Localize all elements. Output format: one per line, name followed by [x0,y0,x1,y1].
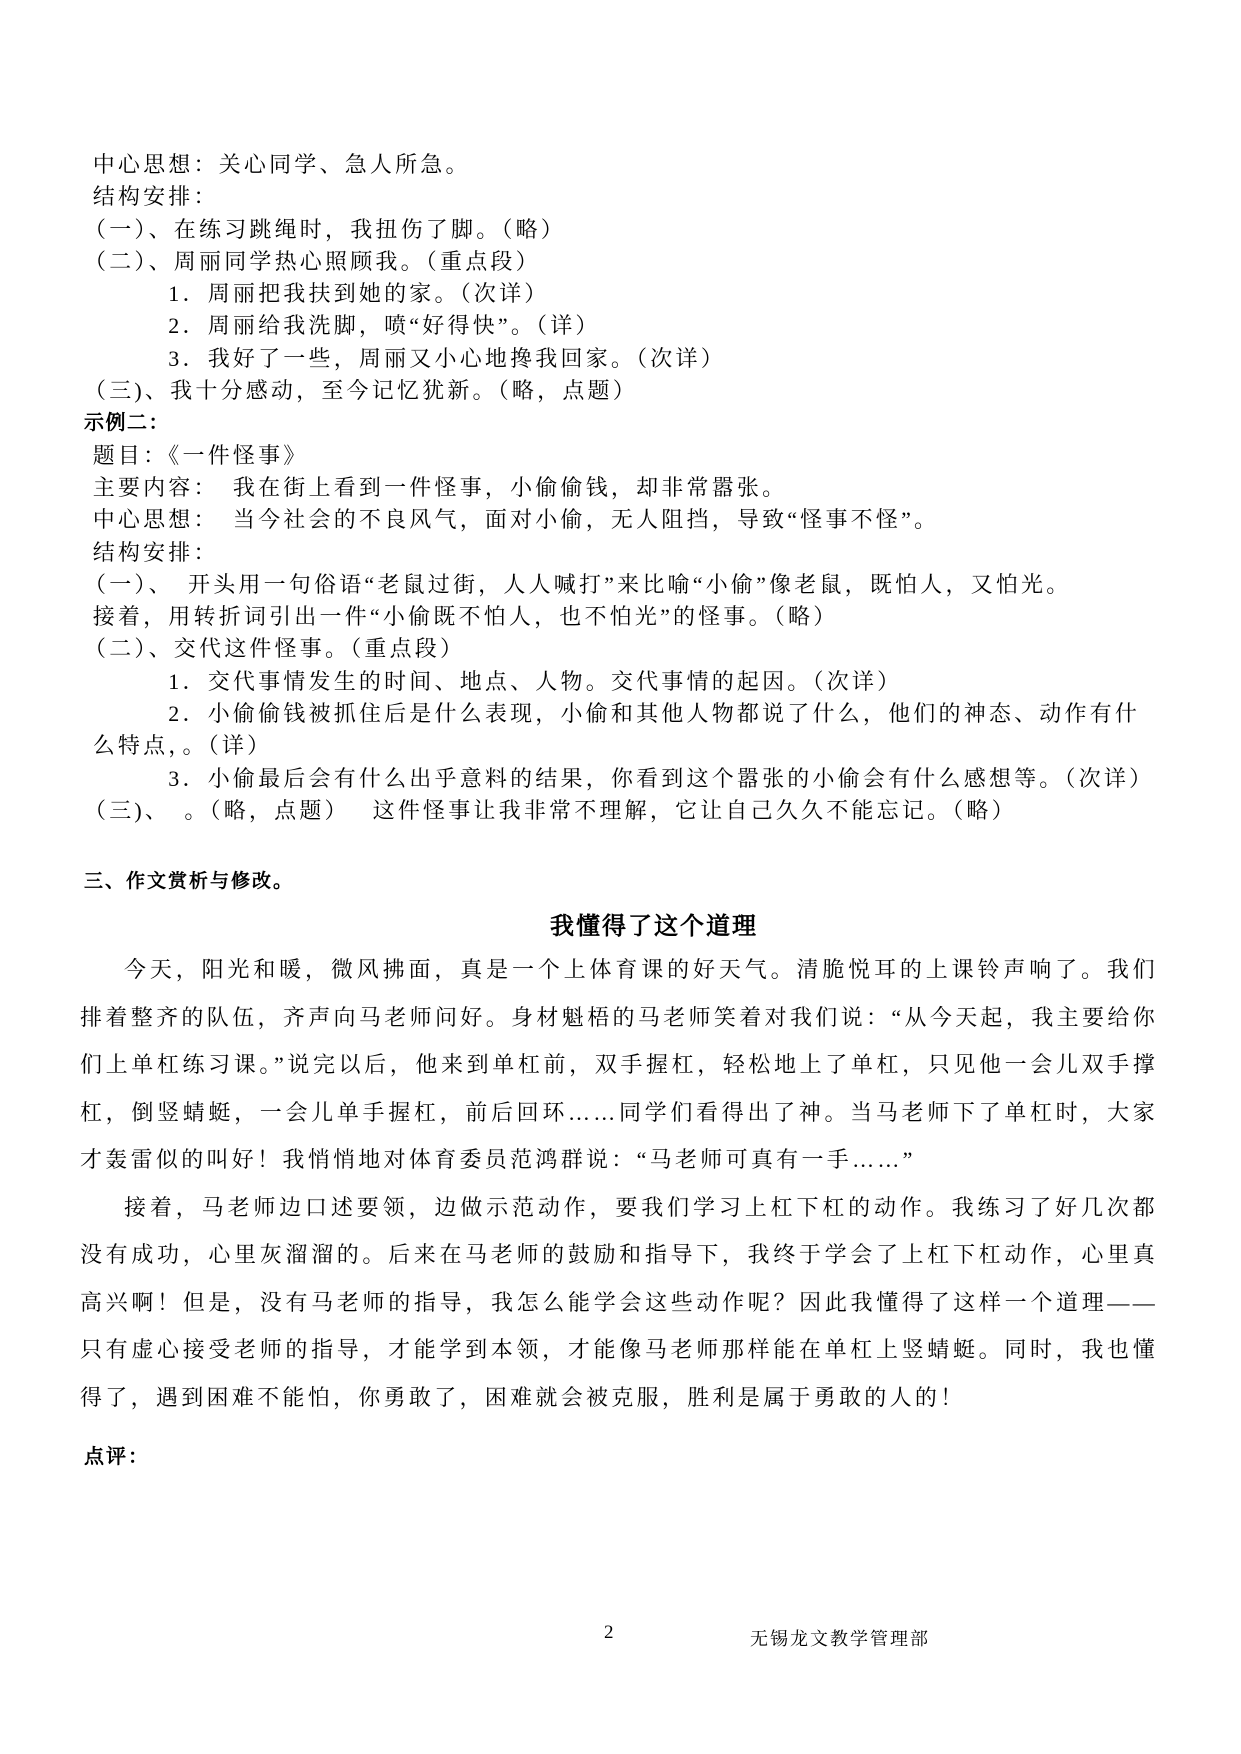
essay-paragraph: 接着，马老师边口述要领，边做示范动作，要我们学习上杠下杠的动作。我练习了好几次都… [80,1184,1158,1422]
essay-paragraph: 今天，阳光和暖，微风拂面，真是一个上体育课的好天气。清脆悦耳的上课铃声响了。我们… [80,946,1158,1184]
outline-line: 结构安排： [84,537,1196,569]
section-3-heading: 三、作文赏析与修改。 [84,866,294,893]
outline-line: （三)、 。（略，点题） 这件怪事让我非常不理解，它让自己久久不能忘记。（略） [84,795,1196,827]
essay-body: 今天，阳光和暖，微风拂面，真是一个上体育课的好天气。清脆悦耳的上课铃声响了。我们… [80,946,1158,1421]
outline-line: 中心思想：关心同学、急人所急。 [84,149,1196,181]
outline-line: 1．周丽把我扶到她的家。（次详） [84,278,1196,310]
outline-line: 中心思想： 当今社会的不良风气，面对小偷，无人阻挡，导致“怪事不怪”。 [84,504,1196,536]
outline-line: 么特点，。（详） [84,730,1196,762]
outline-line: （一）、在练习跳绳时，我扭伤了脚。（略） [84,214,1196,246]
document-page: 中心思想：关心同学、急人所急。 结构安排： （一）、在练习跳绳时，我扭伤了脚。（… [0,0,1241,1754]
outline-line: 接着，用转折词引出一件“小偷既不怕人，也不怕光”的怪事。（略） [84,601,1196,633]
page-number: 2 [604,1622,614,1644]
outline-line: 结构安排： [84,181,1196,213]
outline-line: 3．我好了一些，周丽又小心地搀我回家。（次详） [84,343,1196,375]
footer-organization: 无锡龙文教学管理部 [750,1625,930,1651]
outline-line: 主要内容： 我在街上看到一件怪事，小偷偷钱，却非常嚣张。 [84,472,1196,504]
outline-line: 2．周丽给我洗脚，喷“好得快”。（详） [84,310,1196,342]
outline-line: 1．交代事情发生的时间、地点、人物。交代事情的起因。（次详） [84,666,1196,698]
outline-line: （三)、我十分感动，至今记忆犹新。（略，点题） [84,375,1196,407]
outline-line: 题目：《一件怪事》 [84,440,1196,472]
outline-line: （一）、 开头用一句俗语“老鼠过街，人人喊打”来比喻“小偷”像老鼠，既怕人，又怕… [84,569,1196,601]
essay-outline-block: 中心思想：关心同学、急人所急。 结构安排： （一）、在练习跳绳时，我扭伤了脚。（… [84,149,1196,827]
example-2-heading: 示例二： [84,407,1196,439]
outline-line: 3．小偷最后会有什么出乎意料的结果，你看到这个嚣张的小偷会有什么感想等。（次详） [84,763,1196,795]
comment-label: 点评： [84,1440,150,1469]
outline-line: （二）、周丽同学热心照顾我。（重点段） [84,246,1196,278]
outline-line: （二）、交代这件怪事。（重点段） [84,633,1196,665]
essay-title: 我懂得了这个道理 [84,906,1194,941]
outline-line: 2．小偷偷钱被抓住后是什么表现，小偷和其他人物都说了什么，他们的神态、动作有什 [84,698,1196,730]
